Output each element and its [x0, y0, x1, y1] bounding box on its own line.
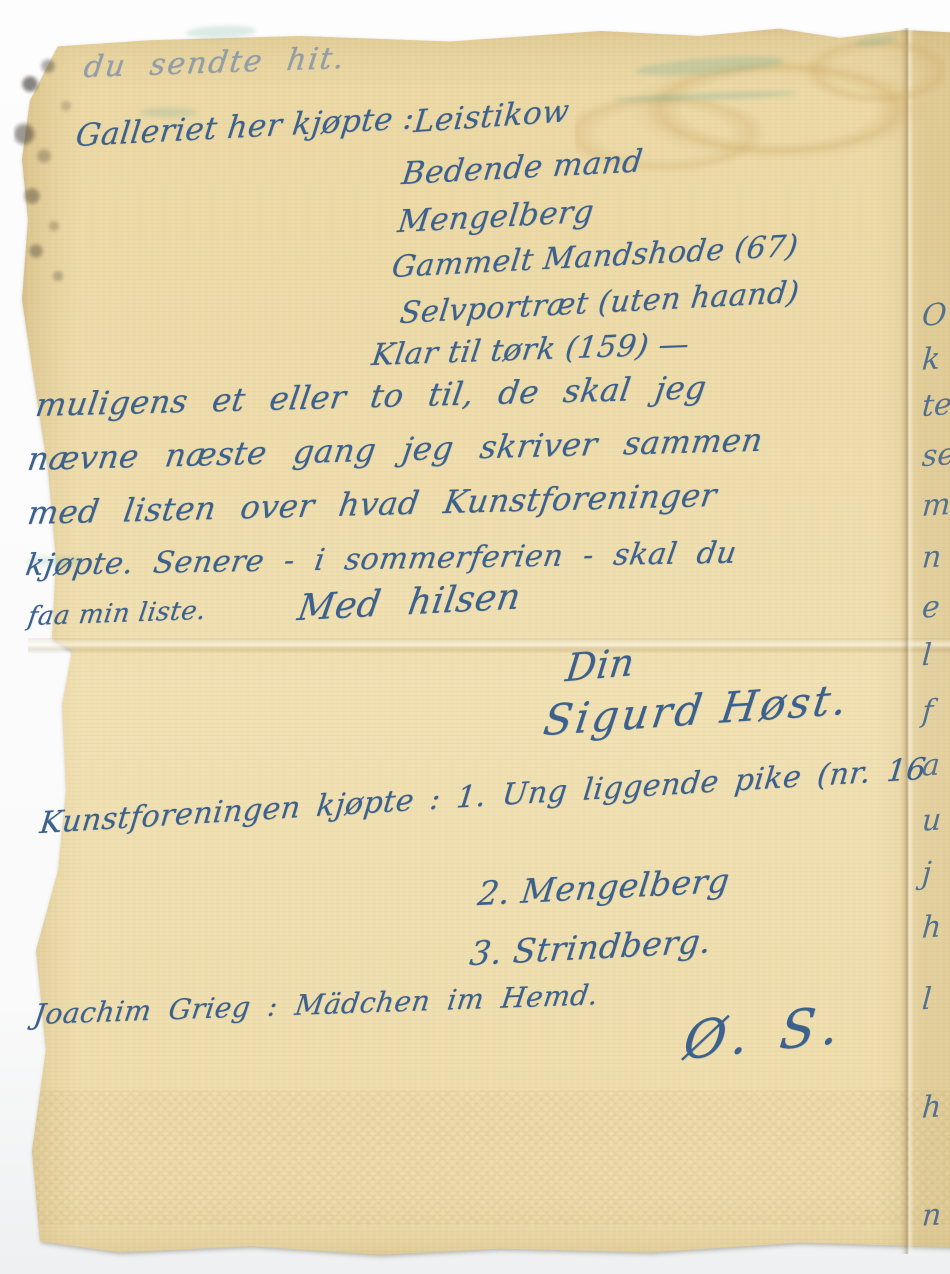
letter-scan: du sendte hit. Galleriet her kjøpte : Le…: [0, 0, 950, 1274]
paper-weave-texture-band: [22, 1090, 950, 1225]
adjacent-page-text-fragment: h: [921, 1089, 943, 1126]
adjacent-page-text-fragment: u: [921, 802, 943, 839]
adjacent-page-text-fragment: e: [921, 589, 941, 625]
adjacent-page-text-fragment: se: [921, 437, 950, 475]
adjacent-page-text-fragment: n: [921, 1197, 943, 1234]
adjacent-page-text-fragment: te: [921, 387, 950, 424]
adjacent-page-text-fragment: h: [921, 909, 943, 946]
horizontal-fold-crease: [28, 638, 950, 654]
paper-shadow-wrap: [0, 0, 950, 1274]
vertical-fold-crease: [900, 28, 914, 1254]
adjacent-page-text-fragment: n: [921, 539, 943, 576]
adjacent-page-text-fragment: m: [921, 487, 950, 524]
valediction: Din: [563, 640, 637, 691]
body-line: faa min liste.: [26, 596, 208, 632]
adjacent-page-text-fragment: a: [921, 747, 941, 784]
adjacent-page-text-fragment: k: [921, 341, 942, 378]
adjacent-page-text-fragment: O: [921, 297, 948, 334]
